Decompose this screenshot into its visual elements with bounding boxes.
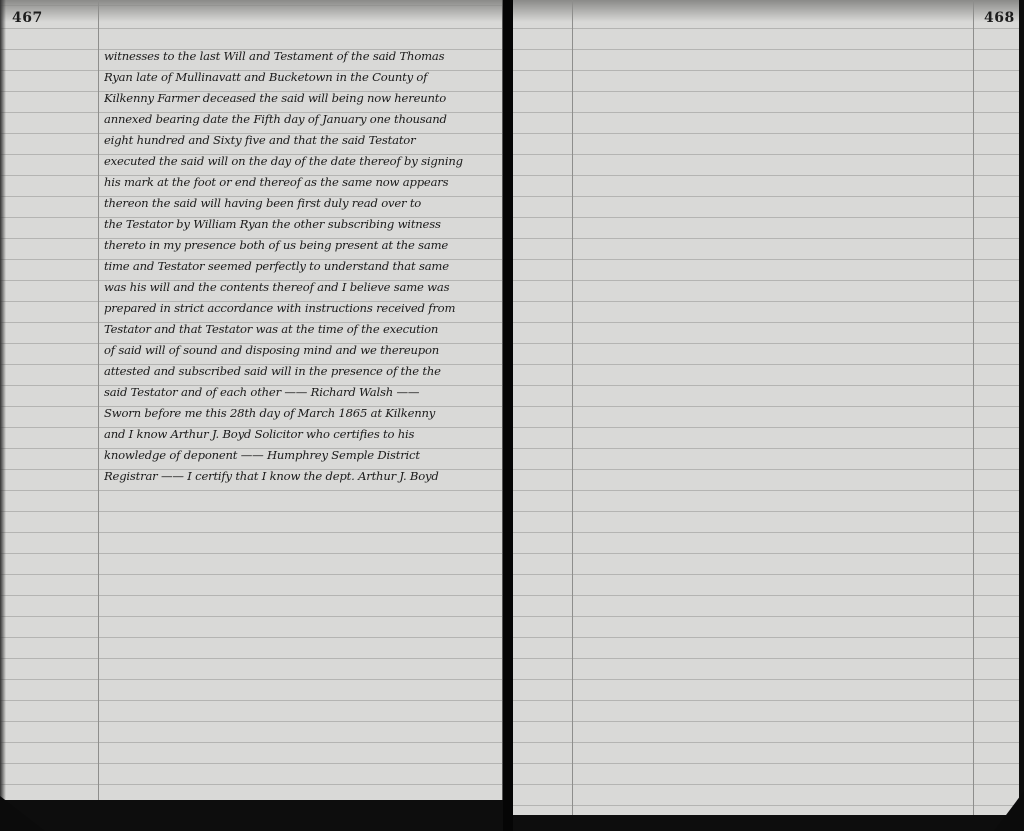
right-margin-rule (973, 0, 974, 815)
text-line: executed the said will on the day of the… (104, 154, 476, 168)
text-line: time and Testator seemed perfectly to un… (104, 259, 476, 273)
text-line: attested and subscribed said will in the… (104, 364, 476, 378)
text-line: annexed bearing date the Fifth day of Ja… (104, 112, 476, 126)
text-line: and I know Arthur J. Boyd Solicitor who … (104, 427, 476, 441)
right-page: 468 (513, 0, 1019, 815)
text-line: thereto in my presence both of us being … (104, 238, 476, 252)
folio-number: 468 (984, 10, 1015, 26)
binding-gutter (503, 0, 513, 831)
left-page: 467 witnesses to the last Will and Testa… (0, 0, 503, 800)
text-line: eight hundred and Sixty five and that th… (104, 133, 474, 147)
text-line: thereon the said will having been first … (104, 196, 474, 210)
page-shadow (513, 0, 1019, 22)
text-line: his mark at the foot or end thereof as t… (104, 175, 474, 189)
text-line: of said will of sound and disposing mind… (104, 343, 476, 357)
text-line: the Testator by William Ryan the other s… (104, 217, 474, 231)
text-line: knowledge of deponent —— Humphrey Semple… (104, 448, 476, 462)
text-line: Kilkenny Farmer deceased the said will b… (104, 91, 474, 105)
text-line: Testator and that Testator was at the ti… (104, 322, 476, 336)
folio-number: 467 (12, 10, 43, 26)
text-line: said Testator and of each other —— Richa… (104, 385, 476, 399)
left-margin-rule (98, 0, 99, 800)
page-edge-shadow (0, 0, 6, 800)
text-line: witnesses to the last Will and Testament… (104, 49, 474, 63)
left-margin-rule (572, 0, 573, 815)
text-line: Registrar —— I certify that I know the d… (104, 469, 476, 483)
text-line: Sworn before me this 28th day of March 1… (104, 406, 476, 420)
page-shadow (0, 0, 502, 22)
text-line: Ryan late of Mullinavatt and Bucketown i… (104, 70, 474, 84)
page-corner (0, 796, 45, 831)
text-line: was his will and the contents thereof an… (104, 280, 476, 294)
ledger-spread: 467 witnesses to the last Will and Testa… (0, 0, 1024, 831)
text-line: prepared in strict accordance with instr… (104, 301, 476, 315)
page-corner (994, 791, 1024, 831)
